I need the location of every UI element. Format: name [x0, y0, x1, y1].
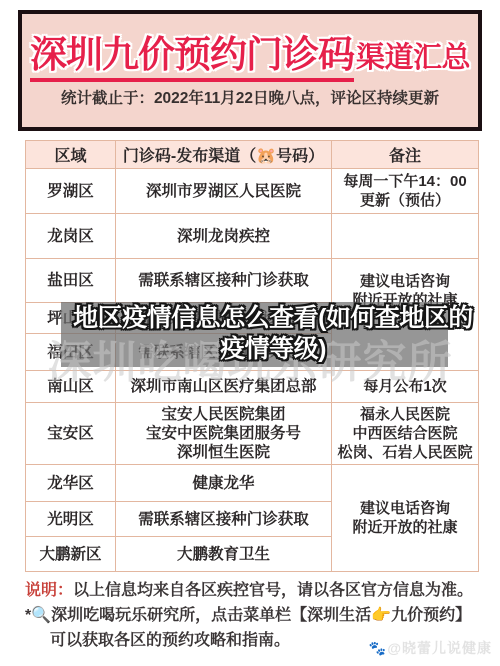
table-row: 龙华区 健康龙华 建议电话咨询 附近开放的社康: [26, 465, 479, 502]
overlay-caption-line1: 地区疫情信息怎么查看(如何查地区的: [53, 303, 493, 334]
column-header-channel: 门诊码-发布渠道（🐹号码）: [116, 141, 332, 169]
channel-cell: 深圳市南山区医疗集团总部: [116, 371, 332, 403]
note-cell: 每月公布1次: [332, 371, 479, 403]
channel-cell: 深圳市罗湖区人民医院: [116, 169, 332, 214]
district-cell: 大鹏新区: [26, 537, 116, 572]
district-cell: 龙岗区: [26, 214, 116, 259]
district-cell: 光明区: [26, 502, 116, 537]
district-cell: 罗湖区: [26, 169, 116, 214]
title-main: 深圳九价预约门诊码: [30, 34, 354, 82]
district-cell: 盐田区: [26, 259, 116, 303]
channel-cell: 健康龙华: [116, 465, 332, 502]
table-row: 宝安区 宝安人民医院集团 宝安中医院集团服务号 深圳恒生医院 福永人民医院 中西…: [26, 403, 479, 465]
poster: 深圳九价预约门诊码渠道汇总 统计截止于：2022年11月22日晚八点，评论区持续…: [0, 0, 500, 666]
note-cell: 福永人民医院 中西医结合医院 松岗、石岩人民医院: [332, 403, 479, 465]
channel-cell: 深圳龙岗疾控: [116, 214, 332, 259]
table-row: 龙岗区 深圳龙岗疾控: [26, 214, 479, 259]
district-cell: 南山区: [26, 371, 116, 403]
table-header-row: 区域 门诊码-发布渠道（🐹号码） 备注: [26, 141, 479, 169]
channel-cell: 需联系辖区接种门诊获取: [116, 259, 332, 303]
title-suffix: 渠道汇总: [356, 42, 470, 74]
note-cell-merged: 建议电话咨询 附近开放的社康: [332, 465, 479, 572]
footnote-line2: *🔍深圳吃喝玩乐研究所，点击菜单栏【深圳生活👉九价预约】: [25, 603, 487, 628]
overlay-caption: 地区疫情信息怎么查看(如何查地区的 疫情等级): [53, 303, 493, 365]
footnote-line1: 说明：以上信息均来自各区疾控官号，请以各区官方信息为准。: [25, 578, 487, 603]
table-row: 南山区 深圳市南山区医疗集团总部 每月公布1次: [26, 371, 479, 403]
overlay-caption-line2: 疫情等级): [53, 334, 493, 365]
district-cell: 龙华区: [26, 465, 116, 502]
column-header-note: 备注: [332, 141, 479, 169]
header-card: 深圳九价预约门诊码渠道汇总 统计截止于：2022年11月22日晚八点，评论区持续…: [18, 10, 482, 131]
channel-cell: 需联系辖区接种门诊获取: [116, 502, 332, 537]
stats-deadline-subtitle: 统计截止于：2022年11月22日晚八点，评论区持续更新: [61, 86, 439, 108]
district-cell: 宝安区: [26, 403, 116, 465]
note-cell: 每周一下午14：00 更新（预估）: [332, 169, 479, 214]
note-cell: [332, 214, 479, 259]
column-header-district: 区域: [26, 141, 116, 169]
channel-cell: 大鹏教育卫生: [116, 537, 332, 572]
page-title: 深圳九价预约门诊码渠道汇总: [30, 36, 470, 73]
channel-cell: 宝安人民医院集团 宝安中医院集团服务号 深圳恒生医院: [116, 403, 332, 465]
author-watermark: 🐾@晓蕾儿说健康: [369, 638, 492, 658]
note-label: 说明：: [25, 582, 73, 599]
table-row: 盐田区 需联系辖区接种门诊获取 建议电话咨询 附近开放的社康: [26, 259, 479, 303]
table-row: 罗湖区 深圳市罗湖区人民医院 每周一下午14：00 更新（预估）: [26, 169, 479, 214]
